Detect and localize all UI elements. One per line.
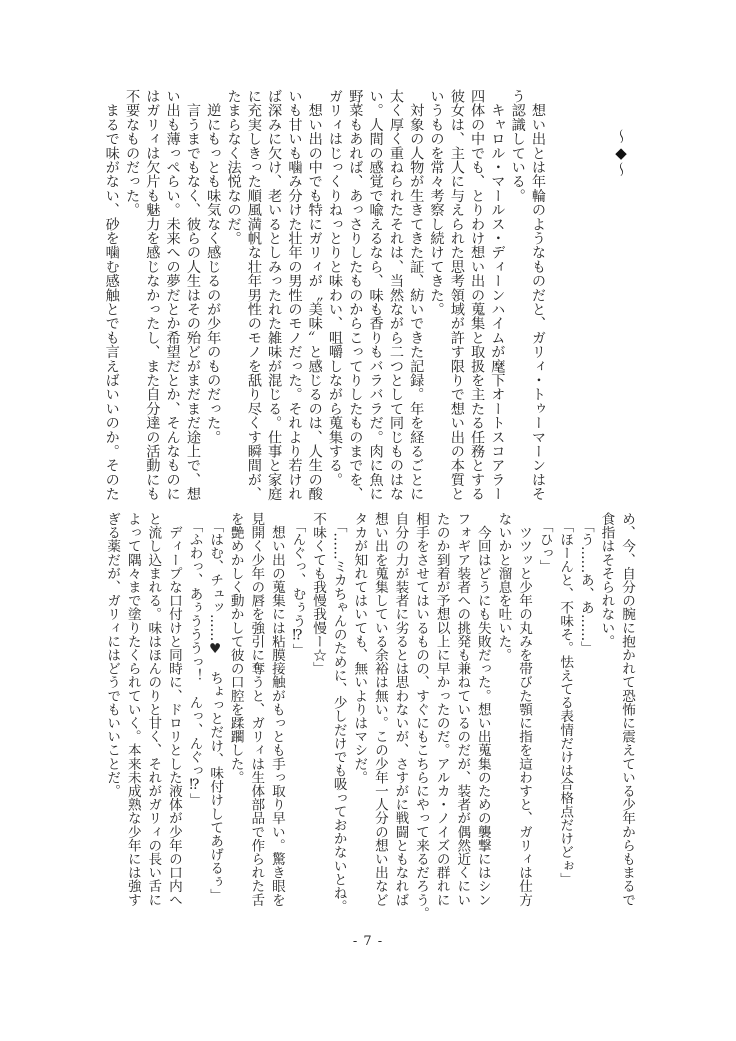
text-line: ツツッと少年の丸みを帯びた顎に指を這わすと、ガリィは仕方 (513, 512, 534, 936)
text-line: 自分の力が装者に劣るとは思わないが、さすがに戦闘ともなれば (390, 512, 411, 936)
text-line: 彼女は、主人に与えられた思考領域が許す限りで想い出の本質と (447, 89, 467, 525)
text-line: 言うまでもなく、彼らの人生はその殆どがまだまだ途上で、想 (183, 89, 203, 525)
text-line: いうものを常々考察し続けてきた。 (426, 89, 446, 525)
text-line: 「ひっ」 (534, 512, 555, 936)
text-line: め、今、自分の腕に抱かれて恐怖に震えている少年からもまるで (616, 512, 637, 936)
text-line: 今回はどうにも失敗だった。想い出蒐集のための襲撃にはシン (472, 512, 493, 936)
text-line: い。人間の感覚で喩えるなら、味も香りもバラバラだ。肉に魚に (365, 89, 385, 525)
text-line: 不味くても我慢我慢ー☆」 (308, 512, 329, 936)
text-line: 「はむ、チュッ……♥ ちょっとだけ、味付けしてあげるぅ」 (205, 512, 226, 936)
text-line: 想い出を蒐集している余裕は無い。この少年一人分の想い出など (369, 512, 390, 936)
text-line: 四体の中でも、とりわけ想い出の蒐集と取扱を主たる任務とする (467, 89, 487, 525)
text-line: ぎる薬だが、ガリィにはどうでもいいことだ。 (102, 512, 123, 936)
text-line: キャロル・マールス・ディーンハイムが麾下オートスコアラー (487, 89, 507, 525)
text-line: まるで味がない、砂を噛む感触とでも言えばいいのか。そのた (101, 89, 121, 525)
text-line: に充実しきった順風満帆な壮年男性のモノを舐り尽くす瞬間が、 (244, 89, 264, 525)
text-line: 「う……あ、あ……」 (575, 512, 596, 936)
text-line: タカが知れてはいても、無いよりはマシだ。 (349, 512, 370, 936)
text-line: 「……ミカちゃんのために、少しだけでも吸っておかないとね。 (328, 512, 349, 936)
text-line: ガリィはじっくりねっとりと味わい、咀嚼しながら蒐集する。 (325, 89, 345, 525)
text-line: 想い出の中でも特にガリィが〝美味〟と感じるのは、人生の酸 (304, 89, 324, 525)
text-line: 「ほーんと、不味そ。怯えてる表情だけは合格点だけどぉ」 (555, 512, 576, 936)
page-number: - 7 - (0, 934, 736, 949)
top-text-block: 想い出とは年輪のようなものだと、ガリィ・トゥーマーンはそ う認識している。 キャ… (101, 89, 548, 525)
text-line: 想い出とは年輪のようなものだと、ガリィ・トゥーマーンはそ (528, 89, 548, 525)
text-line: ディープな口付けと同時に、ドロリとした液体が少年の口内へ (163, 512, 184, 936)
text-line: 相手をさせてはいるものの、すぐにもこちらにやって来るだろう。 (410, 512, 431, 936)
text-line: フォギア装者への挑発も兼ねているのだが、装者が偶然近くにい (452, 512, 473, 936)
document-page: 〜◆〜 想い出とは年輪のようなものだと、ガリィ・トゥーマーンはそ う認識している… (0, 0, 736, 1041)
section-divider: 〜◆〜 (612, 129, 629, 177)
text-line: 食指はそそられない。 (596, 512, 617, 936)
text-line: 見開く少年の唇を強引に奪うと、ガリィは生体部品で作られた舌 (246, 512, 267, 936)
text-line: 太く厚く重ねられたそれは、当然ながら二つとして同じものはな (386, 89, 406, 525)
text-line: と流し込まれる。味はほんのりと甘く、それがガリィの長い舌に (143, 512, 164, 936)
text-line: い出も薄っぺらい。未来への夢だとか希望だとか、そんなものに (162, 89, 182, 525)
text-line: いも甘いも噛み分けた壮年の男性のモノだった。それより若けれ (284, 89, 304, 525)
text-line: 対象の人物が生きてきた証、紡いできた記録。年を経るごとに (406, 89, 426, 525)
text-line: たのか到着が予想以上に早かったのだ。アルカ・ノイズの群れに (431, 512, 452, 936)
text-line: 「ふわっ、あぅうううっ！ んっ、んぐっ⁉」 (184, 512, 205, 936)
text-line: よって隅々まで塗りたくられていく。本来未成熟な少年には強す (122, 512, 143, 936)
text-line: ないかと溜息を吐いた。 (493, 512, 514, 936)
text-line: 想い出の蒐集には粘膜接触がもっとも手っ取り早い。驚き眼を (266, 512, 287, 936)
text-line: ば深みに欠け、老いるとしみったれた雑味が混じる。仕事と家庭 (264, 89, 284, 525)
text-line: を艶めかしく動かして彼の口腔を蹂躙した。 (225, 512, 246, 936)
text-line: はガリィは欠片も魅力を感じなかったし、また自分達の活動にも (142, 89, 162, 525)
text-line: 「んぐっ、むぅう⁉」 (287, 512, 308, 936)
text-line: 野菜もあれば、あっさりしたものからこってりしたものまでを、 (345, 89, 365, 525)
text-line: 逆にもっとも味気なく感じるのが少年のものだった。 (203, 89, 223, 525)
bottom-text-block: め、今、自分の腕に抱かれて恐怖に震えている少年からもまるで 食指はそそられない。… (102, 512, 637, 936)
text-line: たまらなく法悦なのだ。 (223, 89, 243, 525)
text-line: う認識している。 (507, 89, 527, 525)
text-line: 不要なものだった。 (122, 89, 142, 525)
